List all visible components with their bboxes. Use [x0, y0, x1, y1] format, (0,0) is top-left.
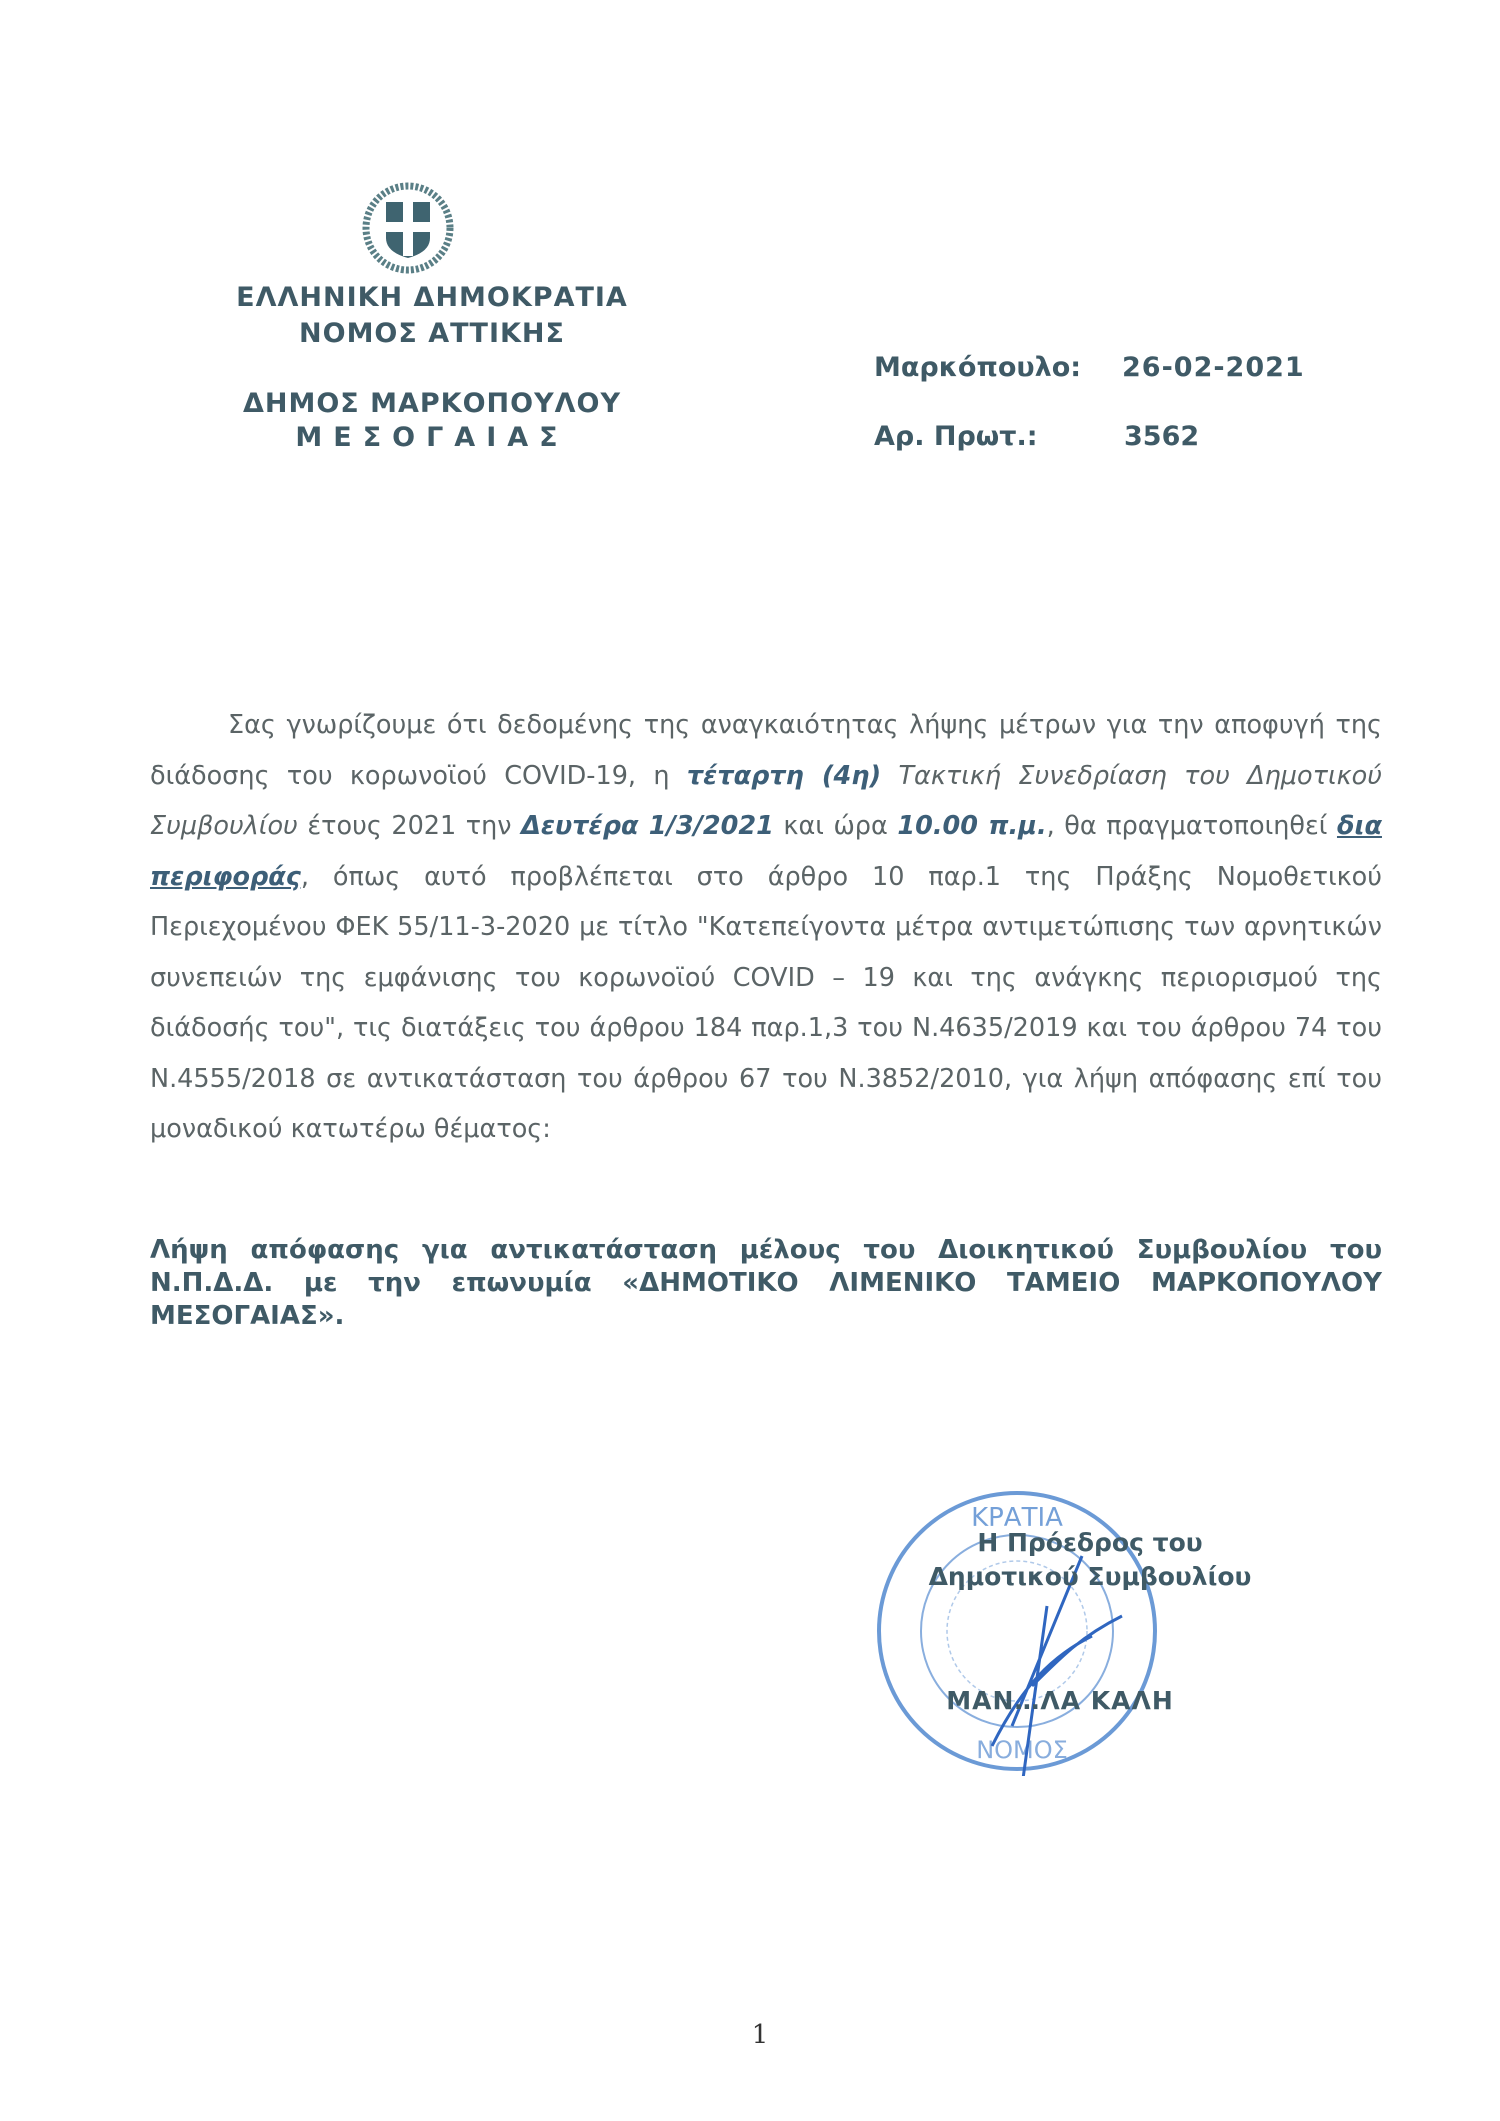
prefecture-heading: ΝΟΜΟΣ ΑΤΤΙΚΗΣ — [232, 318, 632, 349]
text-run: και ώρα — [774, 811, 897, 841]
session-number: τέταρτη (4η) — [687, 761, 881, 791]
region-heading: ΜΕΣΟΓΑΙΑΣ — [232, 422, 632, 453]
svg-text:ΝΟΜΟΣ: ΝΟΜΟΣ — [976, 1736, 1068, 1764]
republic-heading: ΕΛΛΗΝΙΚΗ ΔΗΜΟΚΡΑΤΙΑ — [232, 282, 632, 313]
document-date: 26-02-2021 — [1122, 352, 1305, 383]
meeting-time: 10.00 π.μ. — [897, 811, 1046, 841]
text-run: έτους 2021 την — [298, 811, 521, 841]
agenda-subject: Λήψη απόφασης για αντικατάσταση μέλους τ… — [150, 1234, 1382, 1333]
page-number: 1 — [740, 2020, 780, 2050]
document-page: ΕΛΛΗΝΙΚΗ ΔΗΜΟΚΡΑΤΙΑ ΝΟΜΟΣ ΑΤΤΙΚΗΣ ΔΗΜΟΣ … — [0, 0, 1500, 2121]
protocol-label: Αρ. Πρωτ.: — [874, 421, 1038, 452]
body-paragraph: Σας γνωρίζουμε ότι δεδομένης της αναγκαι… — [150, 700, 1382, 1155]
text-run: , όπως αυτό προβλέπεται στο άρθρο 10 παρ… — [150, 862, 1382, 1145]
place-label: Μαρκόπουλο: — [874, 352, 1081, 383]
signatory-title-line2: Δημοτικού Συμβουλίου — [880, 1562, 1300, 1591]
greek-coat-of-arms-icon — [362, 182, 454, 274]
signatory-title-line1: Η Πρόεδρος του — [880, 1528, 1300, 1557]
municipality-heading: ΔΗΜΟΣ ΜΑΡΚΟΠΟΥΛΟΥ — [232, 388, 632, 419]
text-run: , θα πραγματοποιηθεί — [1047, 811, 1337, 841]
body-text: Σας γνωρίζουμε ότι δεδομένης της αναγκαι… — [150, 700, 1382, 1155]
signatory-name: ΜΑΝ…ΛΑ ΚΑΛΗ — [880, 1686, 1240, 1715]
protocol-number: 3562 — [1124, 421, 1199, 452]
meeting-date: Δευτέρα 1/3/2021 — [521, 811, 774, 841]
